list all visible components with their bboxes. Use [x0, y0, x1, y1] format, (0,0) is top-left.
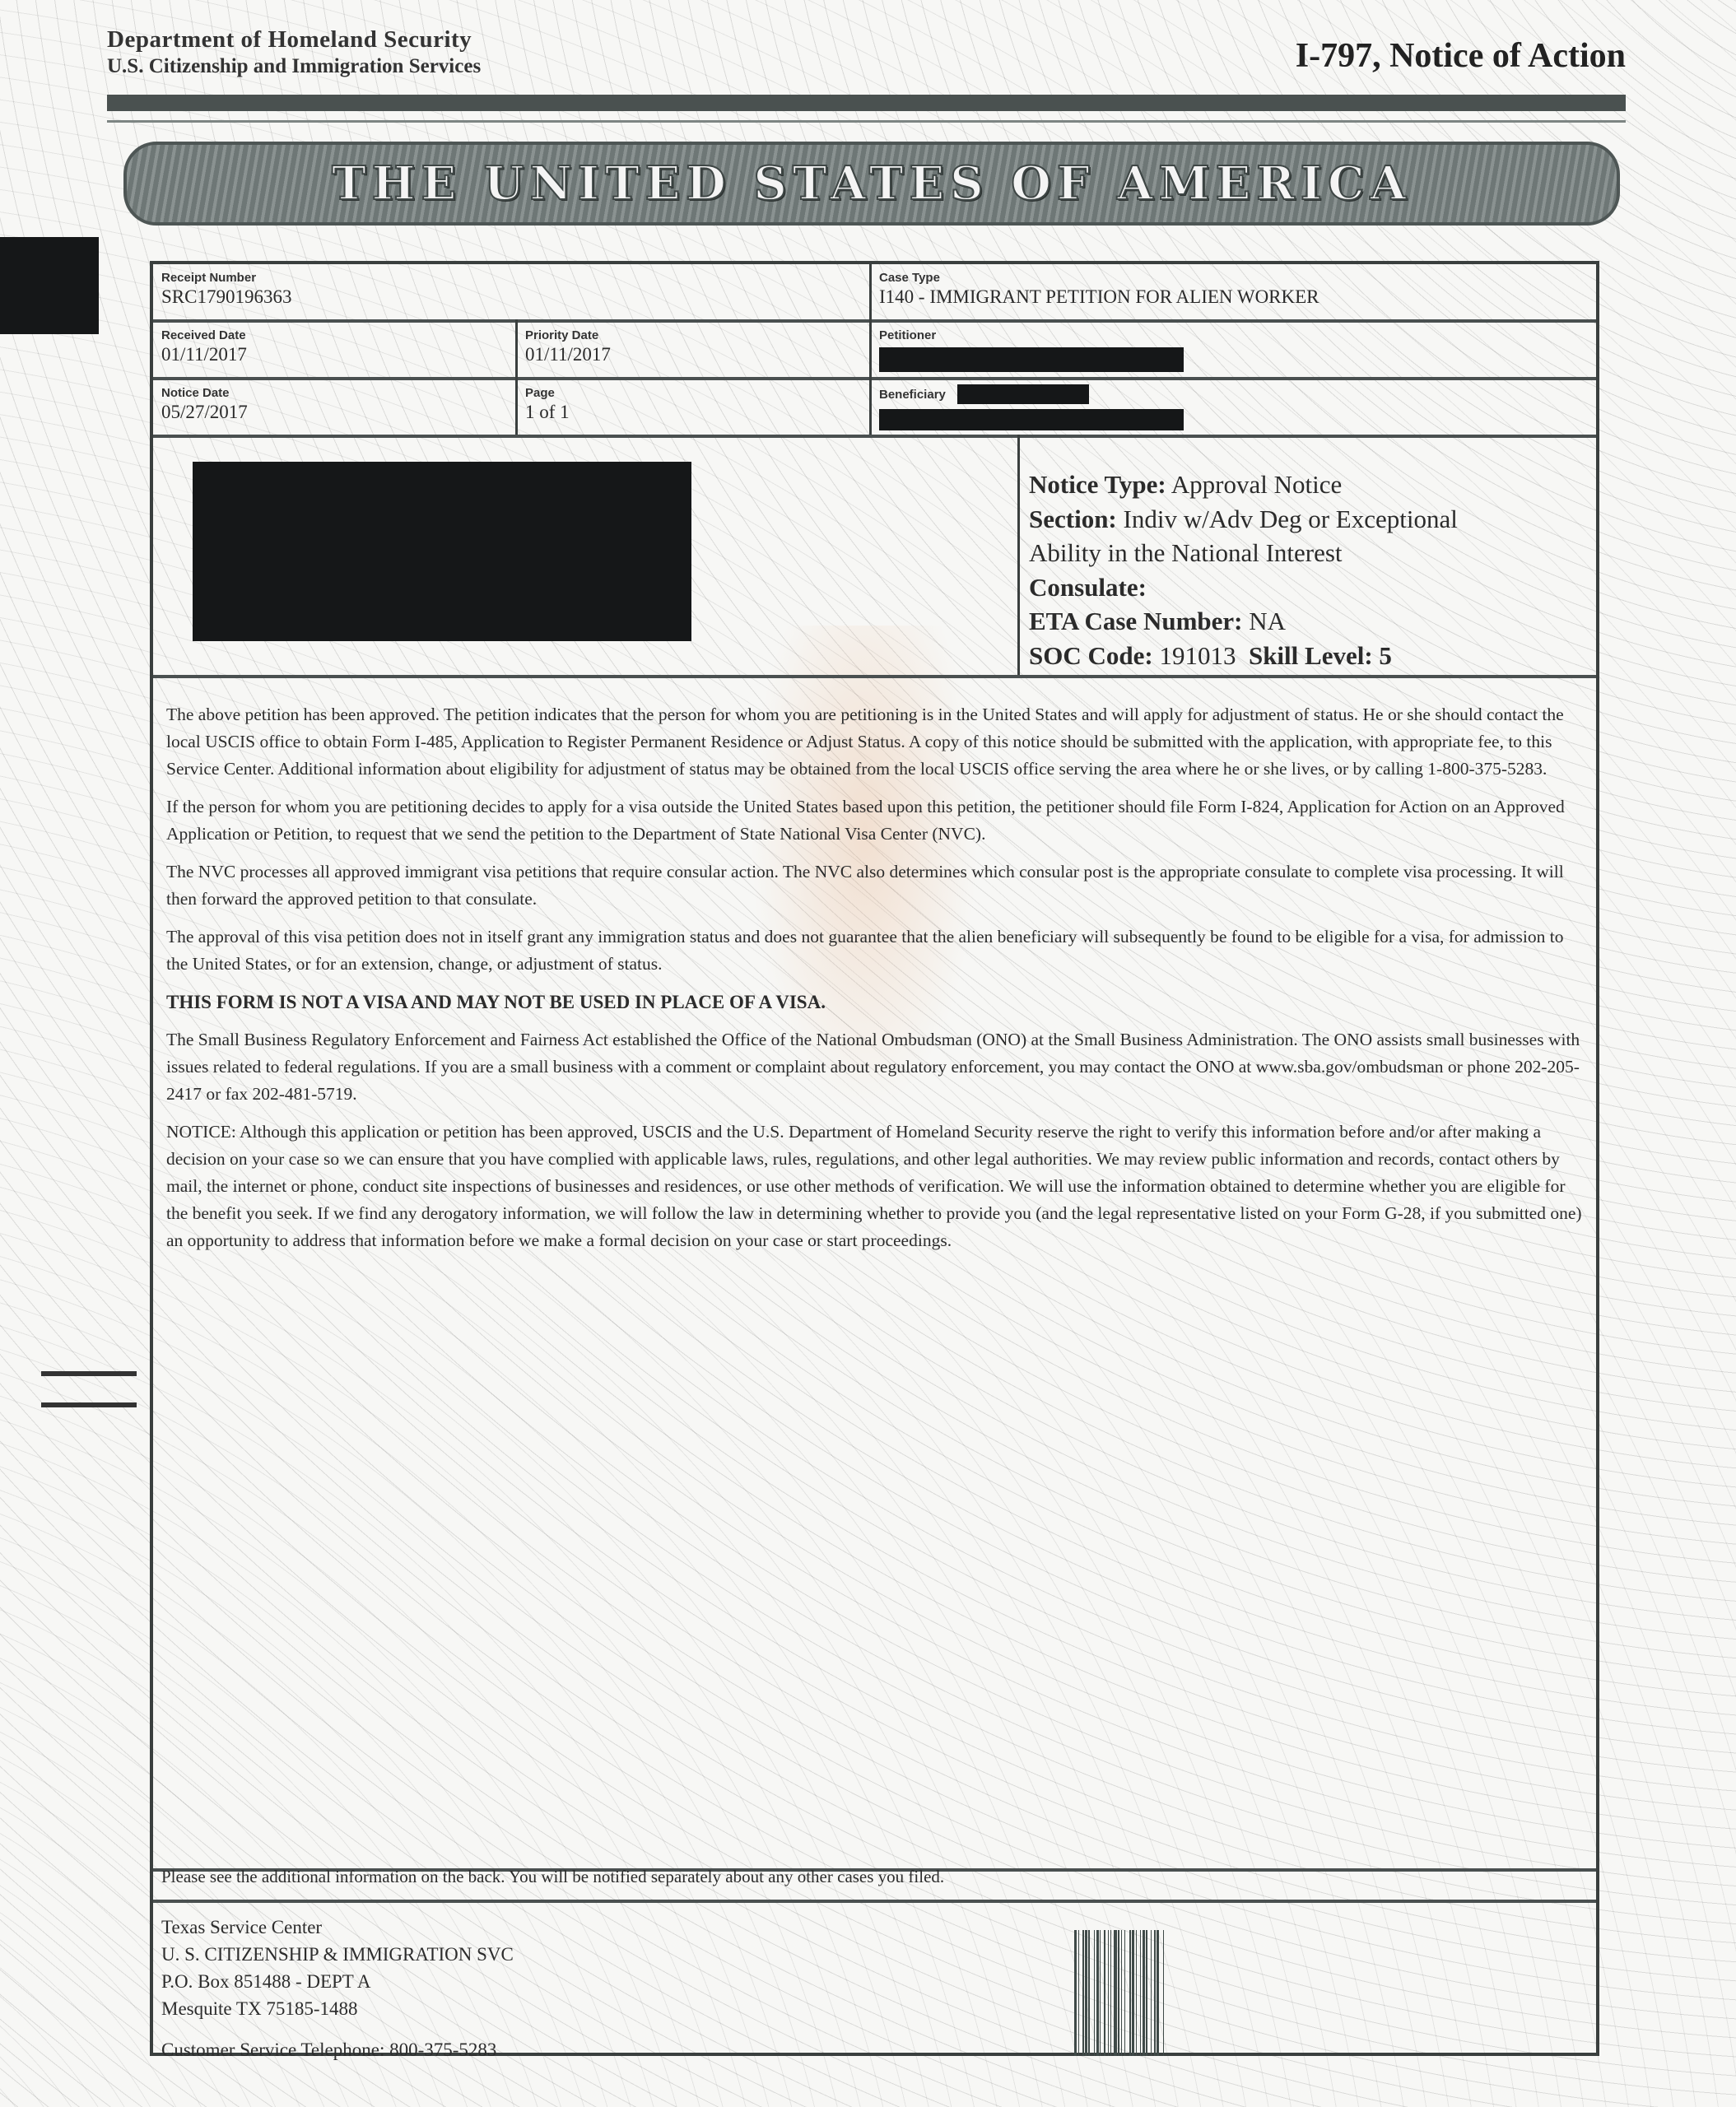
header-rule-thick	[107, 95, 1626, 111]
notice-date-field: Notice Date 05/27/2017	[161, 386, 248, 423]
eta-case-line: ETA Case Number: NA	[1029, 604, 1458, 639]
petitioner-redaction	[879, 347, 1184, 372]
service-center-address: Texas Service Center U. S. CITIZENSHIP &…	[161, 1914, 514, 2022]
receipt-number-value: SRC1790196363	[161, 286, 291, 308]
row-divider	[153, 319, 1596, 323]
priority-date-value: 01/11/2017	[525, 344, 611, 365]
section-line: Section: Indiv w/Adv Deg or Exceptional	[1029, 502, 1458, 537]
margin-tick-mark	[41, 1371, 137, 1376]
notice-date-value: 05/27/2017	[161, 402, 248, 423]
barcode-icon	[1074, 1930, 1278, 2056]
row-divider	[153, 675, 1596, 678]
margin-tick-mark	[41, 1402, 137, 1407]
beneficiary-redaction-top	[957, 384, 1089, 404]
agency-name: Department of Homeland Security	[107, 26, 481, 53]
beneficiary-field: Beneficiary	[879, 384, 1184, 430]
soc-code-line: SOC Code: 191013 Skill Level: 5	[1029, 639, 1458, 673]
verification-notice-paragraph: NOTICE: Although this application or pet…	[166, 1119, 1586, 1254]
page-value: 1 of 1	[525, 402, 570, 423]
customer-service-phone: Customer Service Telephone: 800-375-5283	[161, 2040, 496, 2061]
received-date-field: Received Date 01/11/2017	[161, 328, 247, 365]
agency-header: Department of Homeland Security U.S. Cit…	[107, 26, 481, 78]
notice-info-panel: Notice Type: Approval Notice Section: In…	[1029, 467, 1458, 672]
column-divider	[1017, 435, 1020, 675]
not-a-visa-warning: THIS FORM IS NOT A VISA AND MAY NOT BE U…	[166, 988, 1586, 1016]
status-disclaimer-paragraph: The approval of this visa petition does …	[166, 923, 1586, 978]
section-line-2: Ability in the National Interest	[1029, 536, 1458, 570]
header-rule-thin	[107, 120, 1626, 123]
ombudsman-paragraph: The Small Business Regulatory Enforcemen…	[166, 1026, 1586, 1108]
received-date-value: 01/11/2017	[161, 344, 247, 365]
consulate-line: Consulate:	[1029, 570, 1458, 605]
column-divider	[869, 264, 872, 435]
petitioner-field: Petitioner	[879, 328, 1184, 372]
receipt-number-field: Receipt Number SRC1790196363	[161, 271, 291, 308]
row-divider	[153, 1900, 1596, 1903]
case-type-field: Case Type I140 - IMMIGRANT PETITION FOR …	[879, 271, 1319, 308]
priority-date-field: Priority Date 01/11/2017	[525, 328, 611, 365]
case-type-value: I140 - IMMIGRANT PETITION FOR ALIEN WORK…	[879, 286, 1319, 308]
form-title: I-797, Notice of Action	[1296, 36, 1626, 76]
beneficiary-redaction	[879, 409, 1184, 430]
column-divider	[515, 319, 518, 435]
row-divider	[153, 435, 1596, 438]
notice-type-line: Notice Type: Approval Notice	[1029, 467, 1458, 502]
page-field: Page 1 of 1	[525, 386, 570, 423]
notice-body: The above petition has been approved. Th…	[166, 701, 1586, 1265]
redaction-corner-mark	[0, 237, 99, 334]
footer-note: Please see the additional information on…	[161, 1867, 944, 1887]
agency-subname: U.S. Citizenship and Immigration Service…	[107, 55, 481, 78]
mailing-address-redaction	[193, 462, 691, 641]
visa-abroad-paragraph: If the person for whom you are petitioni…	[166, 793, 1586, 848]
approval-paragraph: The above petition has been approved. Th…	[166, 701, 1586, 783]
nvc-paragraph: The NVC processes all approved immigrant…	[166, 858, 1586, 913]
row-divider	[153, 377, 1596, 380]
banner-text: THE UNITED STATES OF AMERICA	[332, 156, 1412, 211]
usa-banner: THE UNITED STATES OF AMERICA	[123, 142, 1620, 226]
